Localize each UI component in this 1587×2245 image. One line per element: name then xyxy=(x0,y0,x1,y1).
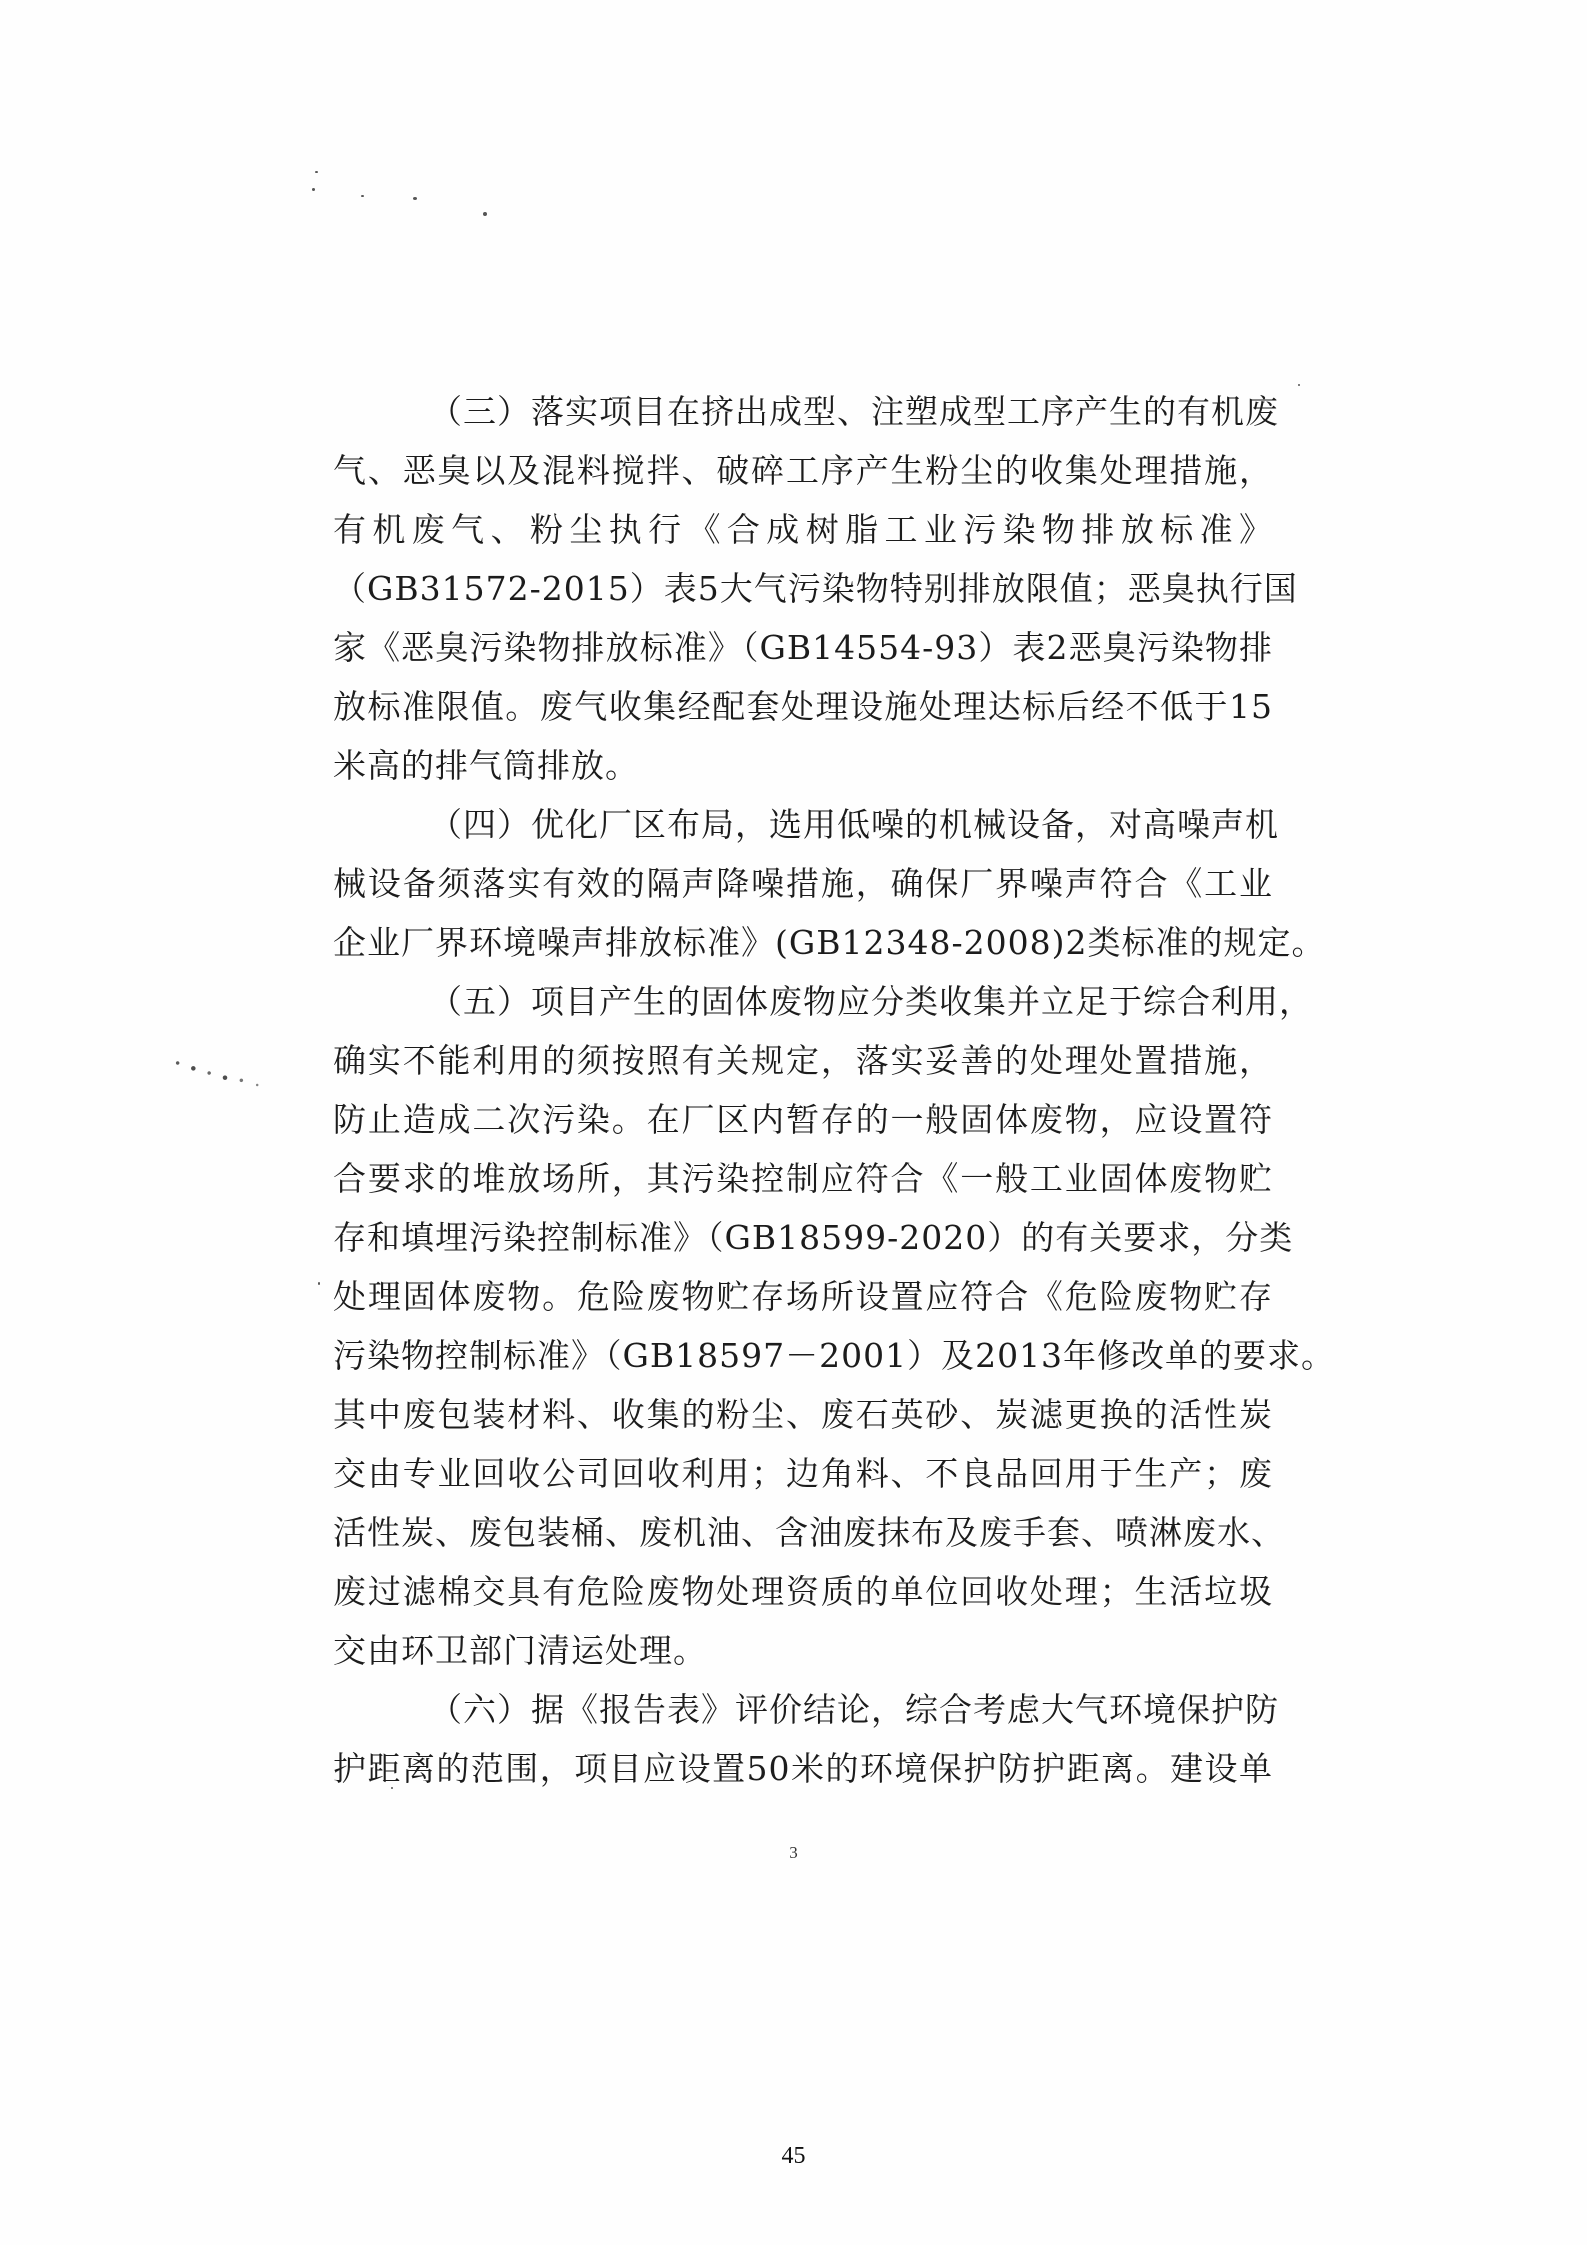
paragraph-line: 合要求的堆放场所，其污染控制应符合《一般工业固体废物贮 xyxy=(333,1149,1273,1208)
paragraph-line: （五）项目产生的固体废物应分类收集并立足于综合利用， xyxy=(333,972,1273,1031)
paragraph-line: 防止造成二次污染。在厂区内暂存的一般固体废物，应设置符 xyxy=(333,1090,1273,1149)
paragraph-line: 有机废气、粉尘执行《合成树脂工业污染物排放标准》 xyxy=(333,500,1273,559)
paragraph-line: 企业厂界环境噪声排放标准》(GB12348-2008)2类标准的规定。 xyxy=(333,913,1273,972)
paragraph-line: 废过滤棉交具有危险废物处理资质的单位回收处理；生活垃圾 xyxy=(333,1562,1273,1621)
scan-speck xyxy=(413,197,417,200)
paragraph-line: 存和填埋污染控制标准》（GB18599-2020）的有关要求，分类 xyxy=(333,1208,1273,1267)
paragraph-line: 活性炭、废包装桶、废机油、含油废抹布及废手套、喷淋废水、 xyxy=(333,1503,1273,1562)
body-text: （三）落实项目在挤出成型、注塑成型工序产生的有机废 气、恶臭以及混料搅拌、破碎工… xyxy=(333,382,1273,1798)
inner-page-number: 3 xyxy=(0,1843,1587,1863)
paragraph-line: 米高的排气筒排放。 xyxy=(333,736,1273,795)
paragraph-line: 污染物控制标准》（GB18597－2001）及2013年修改单的要求。 xyxy=(333,1326,1273,1385)
document-page: （三）落实项目在挤出成型、注塑成型工序产生的有机废 气、恶臭以及混料搅拌、破碎工… xyxy=(0,0,1587,2245)
paragraph-line: 气、恶臭以及混料搅拌、破碎工序产生粉尘的收集处理措施， xyxy=(333,441,1273,500)
scan-speck xyxy=(318,1282,320,1285)
paragraph-line: （三）落实项目在挤出成型、注塑成型工序产生的有机废 xyxy=(333,382,1273,441)
scan-speck xyxy=(312,188,315,191)
paragraph-line: 放标准限值。废气收集经配套处理设施处理达标后经不低于15 xyxy=(333,677,1273,736)
paragraph-line: 家《恶臭污染物排放标准》（GB14554-93）表2恶臭污染物排 xyxy=(333,618,1273,677)
paragraph-line: 处理固体废物。危险废物贮存场所设置应符合《危险废物贮存 xyxy=(333,1267,1273,1326)
paragraph-line: （GB31572-2015）表5大气污染物特别排放限值；恶臭执行国 xyxy=(333,559,1273,618)
paragraph-line: 械设备须落实有效的隔声降噪措施，确保厂界噪声符合《工业 xyxy=(333,854,1273,913)
scan-speck xyxy=(1298,384,1300,386)
paragraph-line: 护距离的范围，项目应设置50米的环境保护防护距离。建设单 xyxy=(333,1739,1273,1798)
scan-speck xyxy=(483,212,487,216)
paragraph-line: 其中废包装材料、收集的粉尘、废石英砂、炭滤更换的活性炭 xyxy=(333,1385,1273,1444)
paragraph-line: 交由环卫部门清运处理。 xyxy=(333,1621,1273,1680)
scan-speck xyxy=(315,171,318,173)
paragraph-line: （六）据《报告表》评价结论，综合考虑大气环境保护防 xyxy=(333,1680,1273,1739)
outer-page-number: 45 xyxy=(0,2143,1587,2170)
scan-smudge xyxy=(165,1055,275,1095)
paragraph-line: 交由专业回收公司回收利用；边角料、不良品回用于生产；废 xyxy=(333,1444,1273,1503)
paragraph-line: （四）优化厂区布局，选用低噪的机械设备，对高噪声机 xyxy=(333,795,1273,854)
paragraph-line: 确实不能利用的须按照有关规定，落实妥善的处理处置措施， xyxy=(333,1031,1273,1090)
scan-speck xyxy=(361,195,364,197)
